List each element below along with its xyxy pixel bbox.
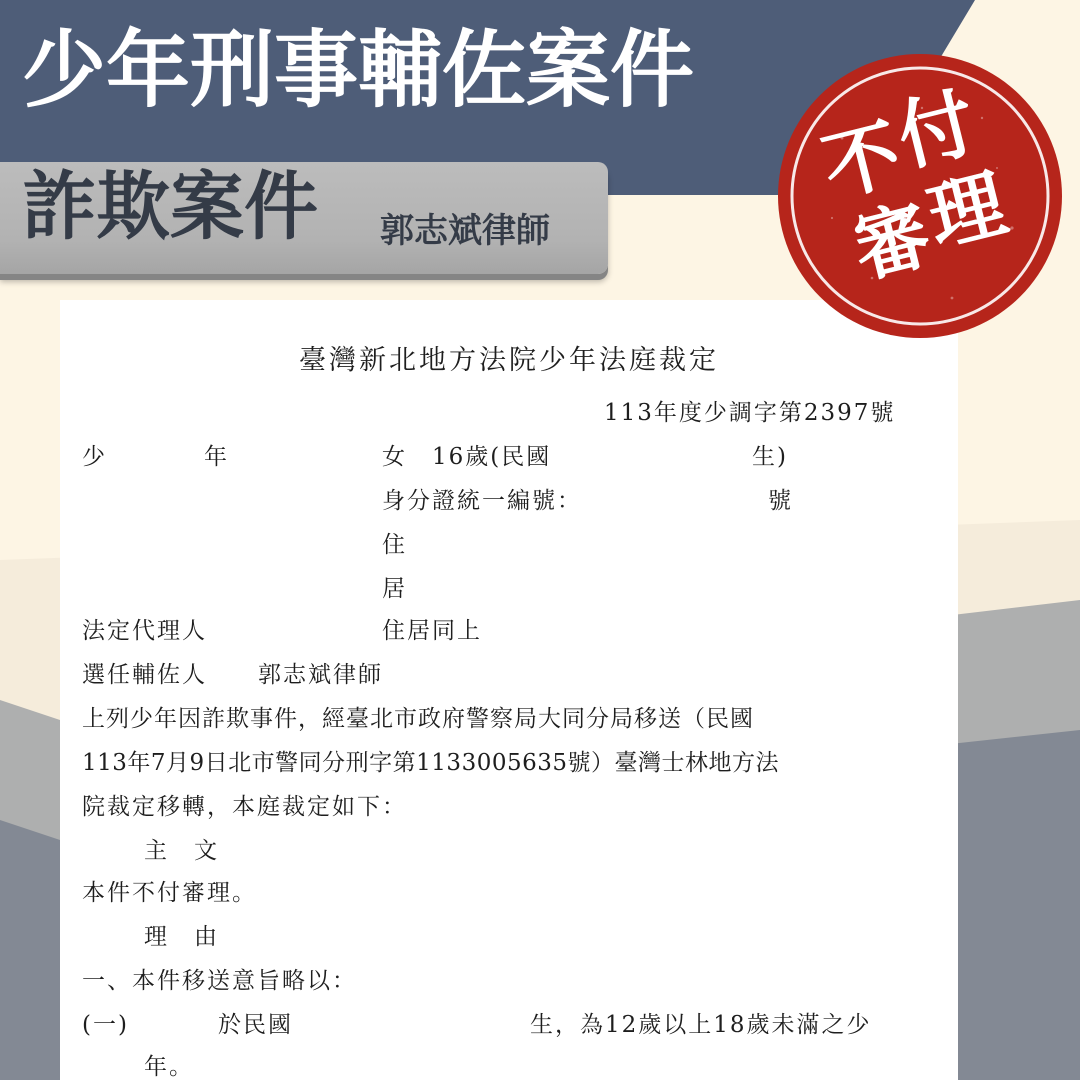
case-type-label: 詐欺案件 <box>22 170 318 244</box>
reason-1-1-cont: 年。 <box>144 1056 194 1079</box>
subtitle-plaque: 詐欺案件 郭志斌律師 <box>0 162 608 274</box>
juvenile-label-2: 年 <box>204 446 229 469</box>
counsel-value: 郭志斌律師 <box>258 664 383 687</box>
main-title: 少年刑事輔佐案件 <box>22 28 694 112</box>
stamp-char-1: 不 <box>816 115 908 207</box>
reason-1: 一、本件移送意旨略以： <box>82 970 357 993</box>
juvenile-label-1: 少 <box>82 446 107 469</box>
juvenile-info: 女 16歲(民國 <box>382 446 551 469</box>
main-text-heading: 主 文 <box>144 840 219 863</box>
main-text: 本件不付審理。 <box>82 882 257 905</box>
reason-1-1-end: 生，為12歲以上18歲未滿之少 <box>530 1014 872 1037</box>
id-label: 身分證統一編號： <box>382 490 582 513</box>
reason-1-1-label: (一) <box>82 1014 129 1037</box>
juvenile-birth-end: 生) <box>752 446 788 469</box>
id-end: 號 <box>768 490 793 513</box>
residence-label-1: 住 <box>382 534 407 557</box>
stamp-char-4: 理 <box>921 165 1013 257</box>
guardian-label: 法定代理人 <box>82 620 207 643</box>
residence-label-2: 居 <box>382 578 407 601</box>
body-line-1: 上列少年因詐欺事件，經臺北市政府警察局大同分局移送（民國 <box>82 708 754 731</box>
reason-heading: 理 由 <box>144 926 219 949</box>
stamp-char-3: 審 <box>846 196 938 288</box>
guardian-value: 住居同上 <box>382 620 482 643</box>
reason-1-1-mid: 於民國 <box>218 1014 293 1037</box>
body-line-2: 113年7月9日北市警同分刑字第1133005635號）臺灣士林地方法 <box>82 752 779 775</box>
case-number: 113年度少調字第2397號 <box>604 402 895 425</box>
counsel-label: 選任輔佐人 <box>82 664 207 687</box>
dismissal-stamp: 不 付 審 理 <box>772 48 1068 344</box>
body-line-3: 院裁定移轉，本庭裁定如下： <box>82 796 407 819</box>
stamp-char-2: 付 <box>890 84 982 176</box>
lawyer-name: 郭志斌律師 <box>380 214 550 248</box>
court-ruling-document: 臺灣新北地方法院少年法庭裁定 113年度少調字第2397號 少 年 女 16歲(… <box>60 300 958 1080</box>
